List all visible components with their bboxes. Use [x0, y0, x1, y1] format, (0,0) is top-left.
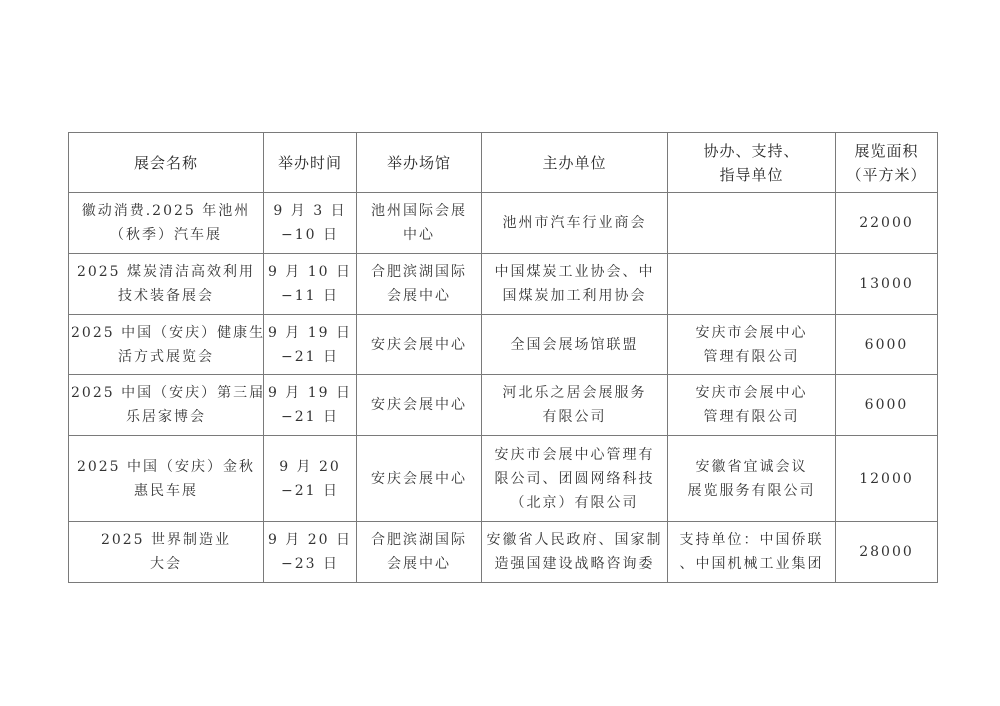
- cell-time: 9 月 3 日 −10 日: [264, 193, 357, 254]
- table-row: 2025 中国（安庆）金秋 惠民车展 9 月 20 −21 日 安庆会展中心 安…: [69, 436, 938, 522]
- cell-exhibition-name: 2025 中国（安庆）第三届 乐居家博会: [69, 375, 264, 436]
- header-co-organizer: 协办、支持、 指导单位: [668, 133, 836, 193]
- cell-co-organizer: 安庆市会展中心 管理有限公司: [668, 375, 836, 436]
- cell-area: 28000: [836, 522, 938, 583]
- cell-venue: 安庆会展中心: [357, 315, 482, 375]
- header-area: 展览面积 （平方米）: [836, 133, 938, 193]
- cell-organizer: 全国会展场馆联盟: [482, 315, 668, 375]
- cell-organizer: 中国煤炭工业协会、中 国煤炭加工利用协会: [482, 254, 668, 315]
- cell-area: 6000: [836, 315, 938, 375]
- header-venue: 举办场馆: [357, 133, 482, 193]
- header-time: 举办时间: [264, 133, 357, 193]
- document-page: 展会名称 举办时间 举办场馆 主办单位 协办、支持、 指导单位 展览面积 （平方…: [0, 0, 1000, 706]
- cell-venue: 池州国际会展 中心: [357, 193, 482, 254]
- cell-time: 9 月 20 −21 日: [264, 436, 357, 522]
- table-row: 徽动消费.2025 年池州 （秋季）汽车展 9 月 3 日 −10 日 池州国际…: [69, 193, 938, 254]
- cell-time: 9 月 19 日 −21 日: [264, 315, 357, 375]
- cell-exhibition-name: 徽动消费.2025 年池州 （秋季）汽车展: [69, 193, 264, 254]
- cell-co-organizer: 支持单位：中国侨联 、中国机械工业集团: [668, 522, 836, 583]
- exhibition-schedule-table: 展会名称 举办时间 举办场馆 主办单位 协办、支持、 指导单位 展览面积 （平方…: [68, 132, 938, 583]
- cell-organizer: 池州市汽车行业商会: [482, 193, 668, 254]
- header-exhibition-name: 展会名称: [69, 133, 264, 193]
- cell-organizer: 安徽省人民政府、国家制 造强国建设战略咨询委: [482, 522, 668, 583]
- cell-venue: 合肥滨湖国际 会展中心: [357, 254, 482, 315]
- cell-organizer: 河北乐之居会展服务 有限公司: [482, 375, 668, 436]
- cell-exhibition-name: 2025 煤炭清洁高效利用 技术装备展会: [69, 254, 264, 315]
- cell-area: 13000: [836, 254, 938, 315]
- cell-organizer: 安庆市会展中心管理有 限公司、团圆网络科技 （北京）有限公司: [482, 436, 668, 522]
- cell-exhibition-name: 2025 中国（安庆）健康生 活方式展览会: [69, 315, 264, 375]
- cell-exhibition-name: 2025 世界制造业 大会: [69, 522, 264, 583]
- cell-time: 9 月 10 日 −11 日: [264, 254, 357, 315]
- cell-time: 9 月 20 日 −23 日: [264, 522, 357, 583]
- cell-venue: 合肥滨湖国际 会展中心: [357, 522, 482, 583]
- table-row: 2025 世界制造业 大会 9 月 20 日 −23 日 合肥滨湖国际 会展中心…: [69, 522, 938, 583]
- cell-co-organizer: [668, 254, 836, 315]
- cell-venue: 安庆会展中心: [357, 375, 482, 436]
- cell-area: 22000: [836, 193, 938, 254]
- table-header-row: 展会名称 举办时间 举办场馆 主办单位 协办、支持、 指导单位 展览面积 （平方…: [69, 133, 938, 193]
- cell-area: 6000: [836, 375, 938, 436]
- cell-time: 9 月 19 日 −21 日: [264, 375, 357, 436]
- cell-co-organizer: [668, 193, 836, 254]
- table-row: 2025 中国（安庆）健康生 活方式展览会 9 月 19 日 −21 日 安庆会…: [69, 315, 938, 375]
- cell-co-organizer: 安庆市会展中心 管理有限公司: [668, 315, 836, 375]
- cell-exhibition-name: 2025 中国（安庆）金秋 惠民车展: [69, 436, 264, 522]
- cell-venue: 安庆会展中心: [357, 436, 482, 522]
- cell-co-organizer: 安徽省宜诚会议 展览服务有限公司: [668, 436, 836, 522]
- table-row: 2025 中国（安庆）第三届 乐居家博会 9 月 19 日 −21 日 安庆会展…: [69, 375, 938, 436]
- header-organizer: 主办单位: [482, 133, 668, 193]
- table-row: 2025 煤炭清洁高效利用 技术装备展会 9 月 10 日 −11 日 合肥滨湖…: [69, 254, 938, 315]
- cell-area: 12000: [836, 436, 938, 522]
